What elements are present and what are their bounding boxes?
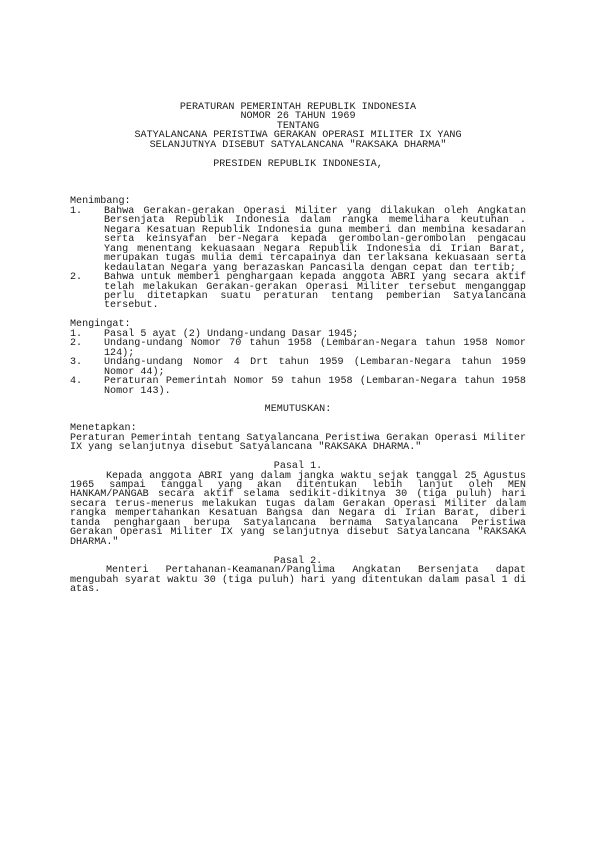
list-item: 4. Peraturan Pemerintah Nomor 59 tahun 1… [70,377,526,396]
item-text: Undang-undang Nomor 4 Drt tahun 1959 (Le… [104,358,526,377]
item-number: 2. [70,339,104,358]
president-heading: PRESIDEN REPUBLIK INDONESIA, [70,160,526,169]
menimbang-section: Menimbang: 1. Bahwa Gerakan-gerakan Oper… [70,197,526,310]
item-number: 2. [70,273,104,311]
item-text: Bahwa untuk memberi penghargaan kepada a… [104,273,526,311]
document-header: PERATURAN PEMERINTAH REPUBLIK INDONESIA … [70,103,526,169]
list-item: 2. Undang-undang Nomor 70 tahun 1958 (Le… [70,339,526,358]
item-text: Peraturan Pemerintah Nomor 59 tahun 1958… [104,377,526,396]
item-text: Bahwa Gerakan-gerakan Operasi Militer ya… [104,207,526,273]
item-number: 3. [70,358,104,377]
item-number: 1. [70,207,104,273]
menetapkan-text: Peraturan Pemerintah tentang Satyalancan… [70,434,526,453]
pasal-1-text: Kepada anggota ABRI yang dalam jangka wa… [70,472,526,548]
pasal-1-section: Pasal 1. Kepada anggota ABRI yang dalam … [70,462,526,547]
pasal-2-section: Pasal 2. Menteri Pertahanan-Keamanan/Pan… [70,557,526,595]
memutuskan-heading: MEMUTUSKAN: [70,405,526,414]
list-item: 3. Undang-undang Nomor 4 Drt tahun 1959 … [70,358,526,377]
menetapkan-section: Menetapkan: Peraturan Pemerintah tentang… [70,424,526,452]
list-item: 1. Bahwa Gerakan-gerakan Operasi Militer… [70,207,526,273]
list-item: 2. Bahwa untuk memberi penghargaan kepad… [70,273,526,311]
item-number: 4. [70,377,104,396]
item-text: Undang-undang Nomor 70 tahun 1958 (Lemba… [104,339,526,358]
document-page: PERATURAN PEMERINTAH REPUBLIK INDONESIA … [70,103,526,594]
pasal-2-text: Menteri Pertahanan-Keamanan/Panglima Ang… [70,566,526,594]
mengingat-section: Mengingat: 1. Pasal 5 ayat (2) Undang-un… [70,320,526,396]
header-subject-2: SELANJUTNYA DISEBUT SATYALANCANA "RAKSAK… [70,141,526,150]
